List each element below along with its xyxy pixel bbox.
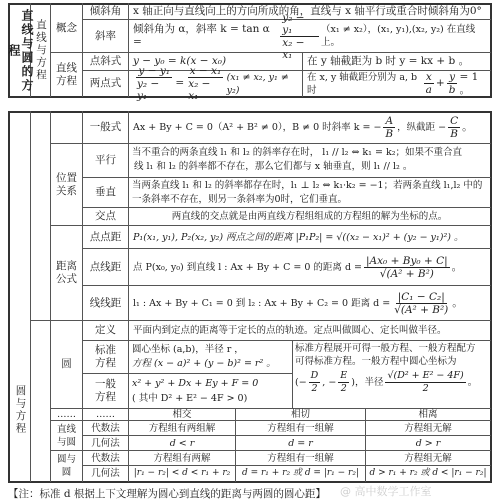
label-general-form: 一般式: [83, 112, 128, 143]
standard-equation: 圆心坐标 (a,b)，半径 r ， 方程 (x − a)² + (y − b)²…: [132, 343, 290, 371]
watermark: @ 高中数学工作室: [340, 483, 432, 499]
label-general-equation: 一般方程: [83, 374, 128, 408]
slope-suffix: （x₁ ≠ x₂），(x₁, y₁),(x₂, y₂) 在直线上。: [321, 23, 490, 49]
general-form-formula: Ax + By + C = 0（A² + B² ≠ 0），B ≠ 0 时斜率 k…: [129, 112, 490, 143]
label-parallel: 平行: [83, 144, 128, 177]
method-algebraic: 代数法: [83, 421, 128, 435]
section-title-circle: 圆与方程: [10, 380, 30, 440]
circle-circle-alg-separate: 方程组无解: [366, 451, 490, 465]
circle-circle-alg-tangent: 方程组有一组解: [236, 451, 365, 465]
label-standard-equation: 标准方程: [83, 341, 128, 373]
line-circle-alg-separate: 方程组无解: [366, 421, 490, 435]
circle-definition: 平面内到定点的距离等于定长的点的轨迹。定点叫做圆心、定长叫做半径。: [129, 321, 490, 340]
label-inclination: 倾斜角: [83, 4, 128, 19]
relation-header-separate: 相离: [366, 409, 490, 420]
circle-circle-geo-intersect: |r₁ − r₂| < d < r₁ + r₂: [129, 466, 235, 481]
intercept-form-note: 在 x, y 轴截距分别为 a, b 时 xa + yb = 1 。: [303, 71, 490, 96]
relation-header-dots-2: ……: [83, 409, 128, 420]
method-geometric-2: 几何法: [83, 466, 128, 481]
general-equation: x² + y² + Dx + Ey + F = 0 ( 其中 D² + E² −…: [132, 376, 290, 406]
group-concept: 概念: [51, 4, 82, 52]
two-point-formula: y − y₁y₂ − y₁ = x − x₁x₂ − x₁ (x₁ ≠ x₂, …: [129, 71, 302, 96]
line-circle-alg-intersect: 方程组有两组解: [129, 421, 235, 435]
group-distance: 距离公式: [51, 226, 82, 320]
relation-header-intersect: 相交: [129, 409, 235, 420]
label-definition: 定义: [83, 321, 128, 340]
label-intersection: 交点: [83, 208, 128, 225]
label-point-line: 点线距: [83, 249, 128, 285]
relation-header-dots-1: ……: [51, 409, 82, 420]
section-title: 直线与圆的方程: [10, 5, 30, 96]
subsection-title: 直线与方程: [31, 5, 50, 96]
line-circle-alg-tangent: 方程组有一组解: [236, 421, 365, 435]
label-point-point: 点点距: [83, 226, 128, 248]
label-point-slope: 点斜式: [83, 53, 128, 70]
line-circle-geo-separate: d > r: [366, 436, 490, 450]
slope-definition: 倾斜角为 α，斜率 k = tan α = y₂ − y₁ x₂ − x₁ （x…: [129, 20, 490, 52]
footnote: 【注：标准 d 根据上下文理解为圆心到直线的距离与两圆的圆心距】: [8, 486, 326, 501]
label-line-line: 线线距: [83, 286, 128, 320]
relation-header-tangent: 相切: [236, 409, 365, 420]
group-line-equation: 直线方程: [51, 53, 82, 96]
label-perpendicular: 垂直: [83, 178, 128, 207]
method-geometric: 几何法: [83, 436, 128, 450]
label-two-point: 两点式: [83, 71, 128, 96]
slope-prefix: 倾斜角为 α，斜率 k = tan α =: [133, 23, 278, 49]
circle-circle-geo-tangent: d = r₁ + r₂ 或 d = |r₁ − r₂|: [236, 466, 365, 481]
point-point-distance: P₁(x₁, y₁), P₂(x₂, y₂) 两点之间的距离 |P₁P₂| = …: [129, 226, 490, 248]
parallel-rule: 当不重合的两条直线 l₁ 和 l₂ 的斜率存在时， l₁ // l₂ ⇔ k₁ …: [132, 146, 488, 174]
group-line-circle: 直线与圆: [51, 421, 82, 450]
point-line-distance: 点 P(x₀, y₀) 到直线 l : Ax + By + C = 0 的距离 …: [129, 249, 490, 285]
group-circle: 圆: [51, 321, 82, 408]
circle-circle-alg-intersect: 方程组有两解: [129, 451, 235, 465]
label-slope: 斜率: [83, 20, 128, 52]
group-circle-circle: 圆与圆: [51, 451, 82, 481]
group-position: 位置关系: [51, 144, 82, 225]
method-algebraic-2: 代数法: [83, 451, 128, 465]
perpendicular-rule: 当两条直线 l₁ 和 l₂ 的斜率都存在时，l₁ ⊥ l₂ ⇔ k₁·k₂ = …: [132, 179, 488, 207]
intersection-rule: 两直线的交点就是由两直线方程组组成的方程组的解为坐标的点。: [129, 208, 490, 225]
line-circle-geo-intersect: d < r: [129, 436, 235, 450]
circle-circle-geo-separate: d > r₁ + r₂ 或 d < |r₁ − r₂|: [366, 466, 490, 481]
line-circle-geo-tangent: d = r: [236, 436, 365, 450]
circle-conversion-note: 标准方程展开可得一般方程、一般方程配方 可得标准方程。一般方程中圆心坐标为 (−…: [295, 342, 489, 395]
slope-intercept-note: 在 y 轴截距为 b 时 y = kx + b 。: [303, 53, 490, 70]
line-line-distance: l₁ : Ax + By + C₁ = 0 到 l₂ : Ax + By + C…: [129, 286, 490, 320]
